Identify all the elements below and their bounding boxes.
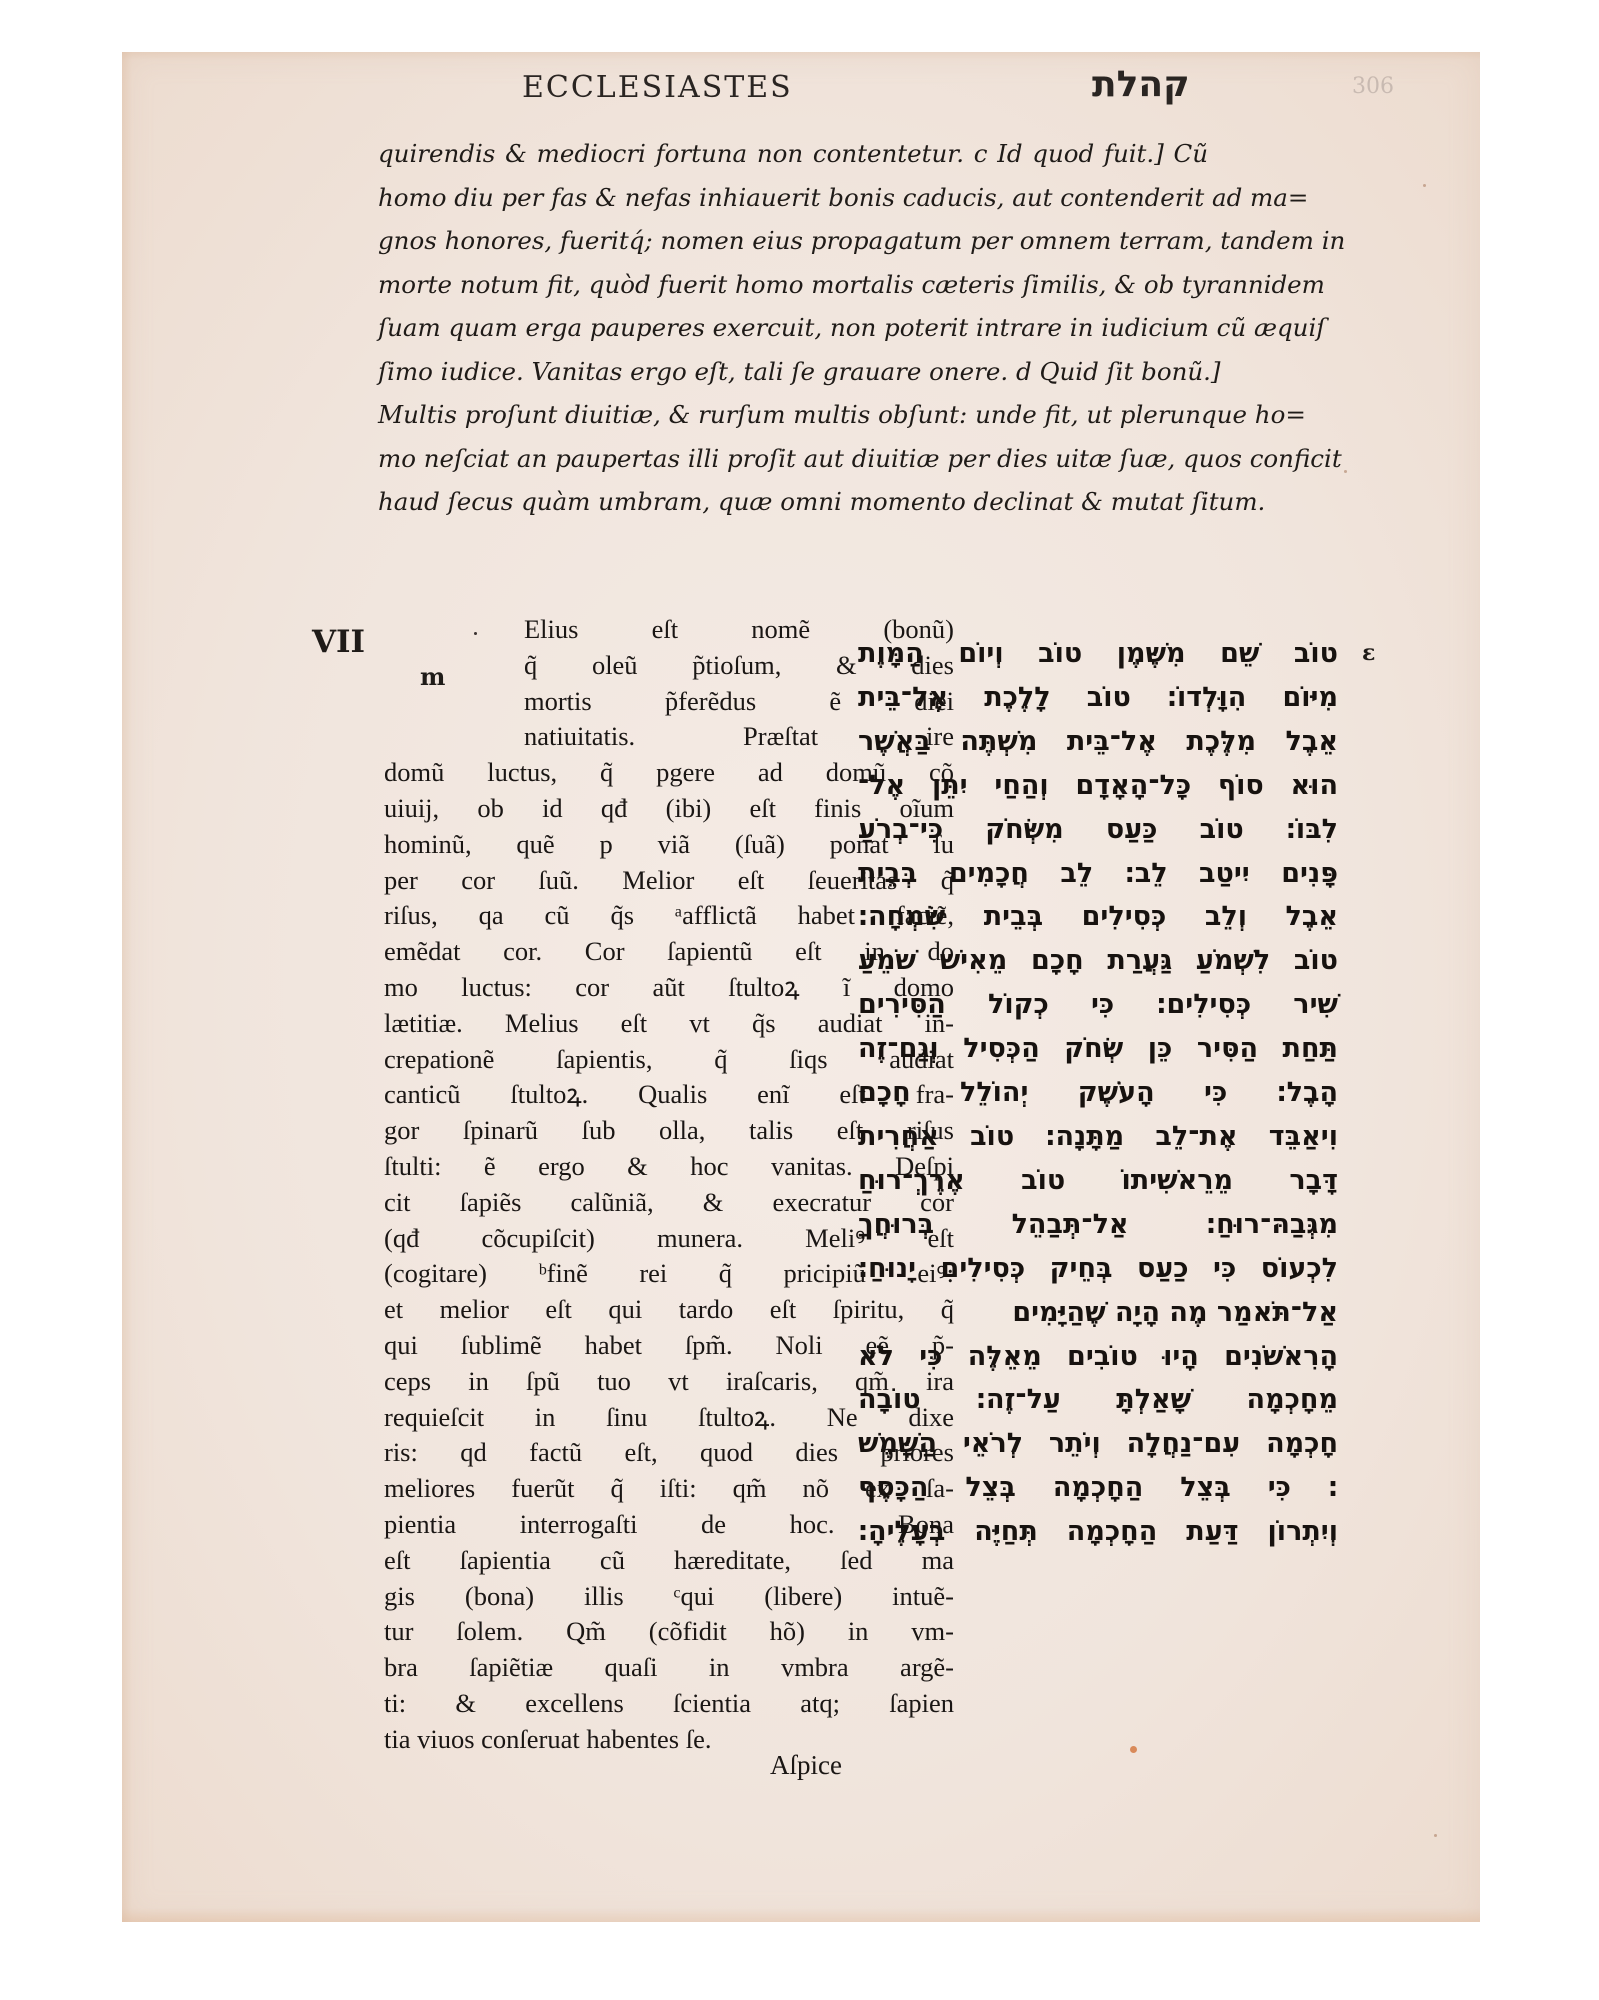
hebrew-line: מִיּוֹם הִוָּלְדוֹ׃ טוֹב לָלֶכֶת אֶל־בֵּ…	[858, 676, 1338, 720]
commentary-line: gnos honores, fueritq́; nomen eius propa…	[378, 219, 1208, 263]
paper-speck	[1423, 184, 1426, 187]
commentary-line: Multis proſunt diuitiæ, & rurſum multis …	[378, 393, 1208, 437]
hebrew-line: אַל־תֹּאמַר מֶה הָיָה שֶׁהַיָּמִים	[858, 1291, 1338, 1335]
verse-marker: ε	[1362, 640, 1375, 666]
latin-line: gis (bona) illis ᶜqui (libere) intuẽ-	[384, 1579, 954, 1615]
latin-line: bra ſapiẽtiæ quaſi in vmbra argẽ-	[384, 1650, 954, 1686]
hebrew-line: דָּבָר מֵרֵאשִׁיתוֹ טוֹב אֶרֶךְ־רוּחַ	[858, 1159, 1338, 1203]
commentary-line: quirendis & mediocri fortuna non content…	[378, 132, 1208, 176]
hebrew-line: לִכְעוֹס כִּי כַעַס בְּחֵיק כְּסִילִים י…	[858, 1247, 1338, 1291]
italic-commentary-block: quirendis & mediocri fortuna non content…	[378, 132, 1208, 524]
hebrew-line: שִׁיר כְּסִילִים׃ כִּי כְקוֹל הַסִּירִים	[858, 983, 1338, 1027]
hebrew-line: אֵבֶל וְלֵב כְּסִילִים בְּבֵית שִׂמְחָה׃	[858, 895, 1338, 939]
hebrew-line: ׃ כִּי בְּצֵל הַחָכְמָה בְּצֵל הַכָּסֶף	[858, 1466, 1338, 1510]
catchword: Aſpice	[770, 1750, 842, 1781]
running-title: ECCLESIASTES	[522, 70, 793, 105]
latin-line: tia viuos conſeruat habentes ſe.	[384, 1722, 954, 1758]
paper-speck	[1434, 1834, 1437, 1837]
latin-line: tur ſolem. Qm̃ (cõfidit hõ) in vm-	[384, 1614, 954, 1650]
hebrew-line: הָבֶל׃ כִּי הָעֹשֶׁק יְהוֹלֵל חָכָם	[858, 1071, 1338, 1115]
hebrew-text-column: טוֹב שֵׁם מִשֶּׁמֶן טוֹב וְיוֹם הַמָּוֶת…	[858, 632, 1338, 1554]
paper-speck	[1344, 470, 1347, 473]
hebrew-line: תַּחַת הַסִּיר כֵּן שְׂחֹק הַכְּסִיל וְג…	[858, 1027, 1338, 1071]
hebrew-line: טוֹב לִשְׁמֹעַ גַּעֲרַת חָכָם מֵאִישׁ שֹ…	[858, 939, 1338, 983]
hebrew-line: טוֹב שֵׁם מִשֶּׁמֶן טוֹב וְיוֹם הַמָּוֶת	[858, 632, 1338, 676]
paper-stain	[1130, 1746, 1137, 1753]
running-title-hebrew: קהלת	[1092, 64, 1190, 105]
show-through-folio: 306	[1352, 74, 1394, 99]
hebrew-line: לִבּוֹ׃ טוֹב כַּעַס מִשְּׂחֹק כִּי־בְרֹע…	[858, 808, 1338, 852]
hebrew-line: הָרִאשֹׁנִים הָיוּ טוֹבִים מֵאֵלֶּה כִּי…	[858, 1335, 1338, 1379]
hebrew-line: מֵחָכְמָה שָׁאַלְתָּ עַל־זֶה׃ טוֹבָה	[858, 1378, 1338, 1422]
commentary-line: ſuam quam erga pauperes exercuit, non po…	[378, 306, 1208, 350]
commentary-line: haud ſecus quàm umbram, quæ omni momento…	[378, 480, 1208, 524]
hebrew-line: וִיאַבֵּד אֶת־לֵב מַתָּנָה׃ טוֹב אַחֲרִי…	[858, 1115, 1338, 1159]
latin-line: ti: & excellens ſcientia atq; ſapien	[384, 1686, 954, 1722]
commentary-line: ſimo iudice. Vanitas ergo eſt, tali ſe g…	[378, 350, 1208, 394]
commentary-line: homo diu per fas & nefas inhiauerit boni…	[378, 176, 1208, 220]
book-page: 306 ECCLESIASTES קהלת quirendis & medioc…	[122, 52, 1480, 1922]
chapter-number: VII	[312, 624, 365, 660]
hebrew-line: מִגְּבַהּ־רוּחַ׃ אַל־תְּבַהֵל בְּרוּחֲךָ	[858, 1203, 1338, 1247]
hebrew-line: פָּנִים יִיטַב לֵב׃ לֵב חֲכָמִים בְּבֵית	[858, 852, 1338, 896]
commentary-line: morte notum fit, quòd fuerit homo mortal…	[378, 263, 1208, 307]
hebrew-line: חָכְמָה עִם־נַחֲלָה וְיֹתֵר לְרֹאֵי הַשָ…	[858, 1422, 1338, 1466]
hebrew-line: הוּא סוֹף כָּל־הָאָדָם וְהַחַי יִתֵּן אֶ…	[858, 764, 1338, 808]
hebrew-line: וְיִתְרוֹן דַּעַת הַחָכְמָה תְּחַיֶּה בְ…	[858, 1510, 1338, 1554]
commentary-line: mo neſciat an paupertas illi proſit aut …	[378, 437, 1208, 481]
hebrew-line: אֵבֶל מִלֶּכֶת אֶל־בֵּית מִשְׁתֶּה בַּאֲ…	[858, 720, 1338, 764]
